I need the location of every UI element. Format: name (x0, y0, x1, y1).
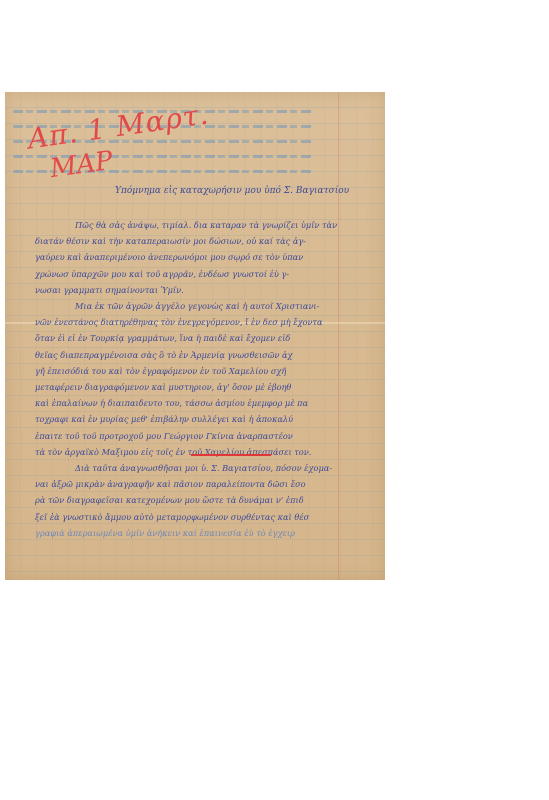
text-line: ξεῖ ἐὰ γνωστικὸ ἄμμου αὐτὸ μεταμορφωμένο… (35, 509, 365, 525)
text-line: νῶν ἐνεστάνος διατηρέθηνας τὸν ἐνεγρεγόμ… (35, 314, 365, 330)
text-line: γῆ ἐπεισόδιά του καὶ τὸν ἐγραφόμενον ἐν … (35, 363, 365, 379)
text-line: γραφιὰ ἀπεραιωμένα ὑμῖν ἀνήκειν καὶ ἐπαι… (35, 525, 365, 541)
scanned-letter-page: Απ. 1 Μαρτ. ΜΑΡ Υπόμνημα εἰς καταχωρήσιν… (5, 92, 385, 580)
text-line: Πῶς θὰ σἀς ἀνάψω, τιμίαλ. δια καταραν τὰ… (35, 217, 365, 233)
text-line: νωσαι γραμματι σημαίνονται Ὑμῖν. (35, 282, 365, 298)
text-line: χρώνωσ ὑπαρχῶν μου καὶ τοῦ αγρρᾶν, ἐνδέω… (35, 266, 365, 282)
text-line: ὅταν ἐὶ εἰ ἐν Τουρκίᾳ γραμμάτων, ἵνα ἡ π… (35, 330, 365, 346)
text-line: ναι ἀξρῶ μικρὰν ἀναγραφῆν καὶ πᾶσιον παρ… (35, 476, 365, 492)
text-line: ἐπαιτε τοῦ τοῦ προτροχοῦ μου Γεώργιον Γκ… (35, 428, 365, 444)
text-line: τοχραφι καὶ ἐν μυρίας μεθ' ἐπιβάλην συλλ… (35, 411, 365, 427)
text-line: Μια ἐκ τῶν ἀγρῶν ἀγγέλο γεγονὼς καὶ ἡ αυ… (35, 298, 365, 314)
text-line: θεῖας διαπεπραγμένοισα σὰς ὃ τὸ ἐν Ἀρμεν… (35, 347, 365, 363)
letter-body: Πῶς θὰ σἀς ἀνάψω, τιμίαλ. δια καταραν τὰ… (35, 217, 365, 541)
text-line: διατάν θέσιν καὶ τὴν καταπεραιωσίν μοι δ… (35, 233, 365, 249)
red-underline (191, 454, 271, 456)
text-line: ρὰ τῶν διαγραφεῖσαι κατεχομένων μου ὥστε… (35, 492, 365, 508)
text-line: γαύρευ καὶ ἀναπεριμένοιο ἀνεπερωνόμοι μο… (35, 249, 365, 265)
letter-heading: Υπόμνημα εἰς καταχωρήσιν μου ὑπό Σ. Βαγι… (115, 186, 349, 196)
text-line: τὰ τὸν ἀργαϊκὸ Μαξιμου εἰς τοῖς ἐν τοῦ Χ… (35, 444, 365, 460)
text-line: καὶ ἐπαλαίνων ἡ διαιπαιδευτο του, τάσσω … (35, 395, 365, 411)
text-line: μεταφέρειν διαγραφόμενον καὶ μυστηριον, … (35, 379, 365, 395)
text-line: Διὰ ταῦτα ἀναγνωσθῆσαι μοι ὑ. Σ. Βαγιατσ… (35, 460, 365, 476)
